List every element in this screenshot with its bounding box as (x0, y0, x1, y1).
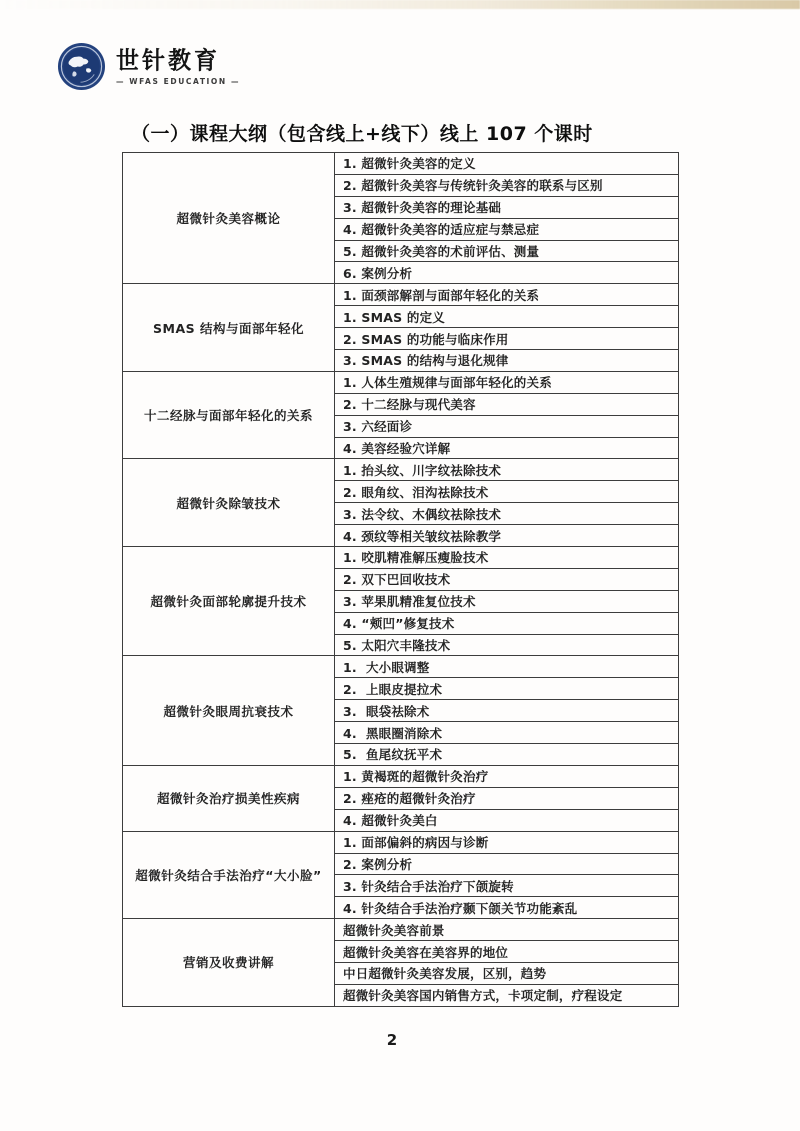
category-cell: 超微针灸结合手法治疗“大小脸” (123, 831, 335, 919)
course-item-cell: 1. 黄褐斑的超微针灸治疗 (335, 765, 679, 787)
course-item-cell: 中日超微针灸美容发展，区别，趋势 (335, 962, 679, 984)
course-item-cell: 4. 超微针灸美容的适应症与禁忌症 (335, 218, 679, 240)
course-item-cell: 2. 超微针灸美容与传统针灸美容的联系与区别 (335, 174, 679, 196)
course-item-cell: 2. 上眼皮提拉术 (335, 678, 679, 700)
course-item-cell: 3. 超微针灸美容的理论基础 (335, 196, 679, 218)
course-item-cell: 1. SMAS 的定义 (335, 306, 679, 328)
course-item-cell: 1. 人体生殖规律与面部年轻化的关系 (335, 371, 679, 393)
table-row: 超微针灸眼周抗衰技术1. 大小眼调整 (123, 656, 679, 678)
course-item-cell: 2. 眼角纹、泪沟祛除技术 (335, 481, 679, 503)
course-item-cell: 1. 咬肌精准解压瘦脸技术 (335, 547, 679, 569)
course-item-cell: 2. 案例分析 (335, 853, 679, 875)
category-cell: 超微针灸除皱技术 (123, 459, 335, 547)
course-item-cell: 2. 双下巴回收技术 (335, 568, 679, 590)
course-item-cell: 2. 痤疮的超微针灸治疗 (335, 787, 679, 809)
course-item-cell: 4. 针灸结合手法治疗颞下颌关节功能紊乱 (335, 897, 679, 919)
category-cell: 超微针灸面部轮廓提升技术 (123, 547, 335, 656)
table-row: 超微针灸结合手法治疗“大小脸”1. 面部偏斜的病因与诊断 (123, 831, 679, 853)
course-item-cell: 4. 超微针灸美白 (335, 809, 679, 831)
brand-name-en: — WFAS EDUCATION — (116, 77, 240, 86)
category-cell: 十二经脉与面部年轻化的关系 (123, 371, 335, 459)
brand-text-block: 世针教育 — WFAS EDUCATION — (116, 49, 240, 86)
course-item-cell: 5. 超微针灸美容的术前评估、测量 (335, 240, 679, 262)
table-row: 十二经脉与面部年轻化的关系1. 人体生殖规律与面部年轻化的关系 (123, 371, 679, 393)
course-item-cell: 超微针灸美容在美容界的地位 (335, 941, 679, 963)
course-item-cell: 5. 太阳穴丰隆技术 (335, 634, 679, 656)
course-item-cell: 5. 鱼尾纹抚平术 (335, 744, 679, 766)
course-item-cell: 1. 大小眼调整 (335, 656, 679, 678)
table-row: 超微针灸美容概论1. 超微针灸美容的定义 (123, 153, 679, 175)
category-cell: 超微针灸美容概论 (123, 153, 335, 284)
course-item-cell: 3. 针灸结合手法治疗下颌旋转 (335, 875, 679, 897)
course-item-cell: 4. 黑眼圈消除术 (335, 722, 679, 744)
course-item-cell: 超微针灸美容国内销售方式，卡项定制，疗程设定 (335, 984, 679, 1006)
course-item-cell: 3. 六经面诊 (335, 415, 679, 437)
course-item-cell: 1. 面部偏斜的病因与诊断 (335, 831, 679, 853)
course-item-cell: 4. “颊凹”修复技术 (335, 612, 679, 634)
category-cell: 超微针灸治疗损美性疾病 (123, 765, 335, 831)
course-item-cell: 1. 超微针灸美容的定义 (335, 153, 679, 175)
page-number: 2 (0, 1031, 784, 1049)
course-item-cell: 1. 面颈部解剖与面部年轻化的关系 (335, 284, 679, 306)
table-row: 超微针灸治疗损美性疾病1. 黄褐斑的超微针灸治疗 (123, 765, 679, 787)
table-row: 超微针灸除皱技术1. 抬头纹、川字纹祛除技术 (123, 459, 679, 481)
table-row: SMAS 结构与面部年轻化1. 面颈部解剖与面部年轻化的关系 (123, 284, 679, 306)
course-item-cell: 超微针灸美容前景 (335, 919, 679, 941)
course-item-cell: 3. 法令纹、木偶纹祛除技术 (335, 503, 679, 525)
category-cell: 营销及收费讲解 (123, 919, 335, 1007)
course-item-cell: 3. SMAS 的结构与退化规律 (335, 350, 679, 372)
wfas-logo: 世针教育 — WFAS EDUCATION — (57, 42, 240, 91)
table-row: 营销及收费讲解超微针灸美容前景 (123, 919, 679, 941)
brand-name-cn: 世针教育 (116, 48, 240, 75)
course-item-cell: 4. 美容经验穴详解 (335, 437, 679, 459)
category-cell: SMAS 结构与面部年轻化 (123, 284, 335, 372)
scan-smudge-artifact (0, 0, 800, 9)
course-item-cell: 2. 十二经脉与现代美容 (335, 393, 679, 415)
table-row: 超微针灸面部轮廓提升技术1. 咬肌精准解压瘦脸技术 (123, 547, 679, 569)
course-item-cell: 4. 颈纹等相关皱纹祛除教学 (335, 525, 679, 547)
course-item-cell: 2. SMAS 的功能与临床作用 (335, 328, 679, 350)
document-title: （一）课程大纲（包含线上+线下）线上 107 个课时 (131, 119, 593, 146)
category-cell: 超微针灸眼周抗衰技术 (123, 656, 335, 765)
course-item-cell: 6. 案例分析 (335, 262, 679, 284)
course-item-cell: 1. 抬头纹、川字纹祛除技术 (335, 459, 679, 481)
curriculum-table: 超微针灸美容概论1. 超微针灸美容的定义2. 超微针灸美容与传统针灸美容的联系与… (122, 152, 679, 1007)
globe-icon (57, 42, 106, 91)
scanned-document-page: 世针教育 — WFAS EDUCATION — （一）课程大纲（包含线上+线下）… (0, 0, 800, 1131)
curriculum-table-wrap: 超微针灸美容概论1. 超微针灸美容的定义2. 超微针灸美容与传统针灸美容的联系与… (122, 152, 679, 1007)
course-item-cell: 3. 苹果肌精准复位技术 (335, 590, 679, 612)
course-item-cell: 3. 眼袋祛除术 (335, 700, 679, 722)
